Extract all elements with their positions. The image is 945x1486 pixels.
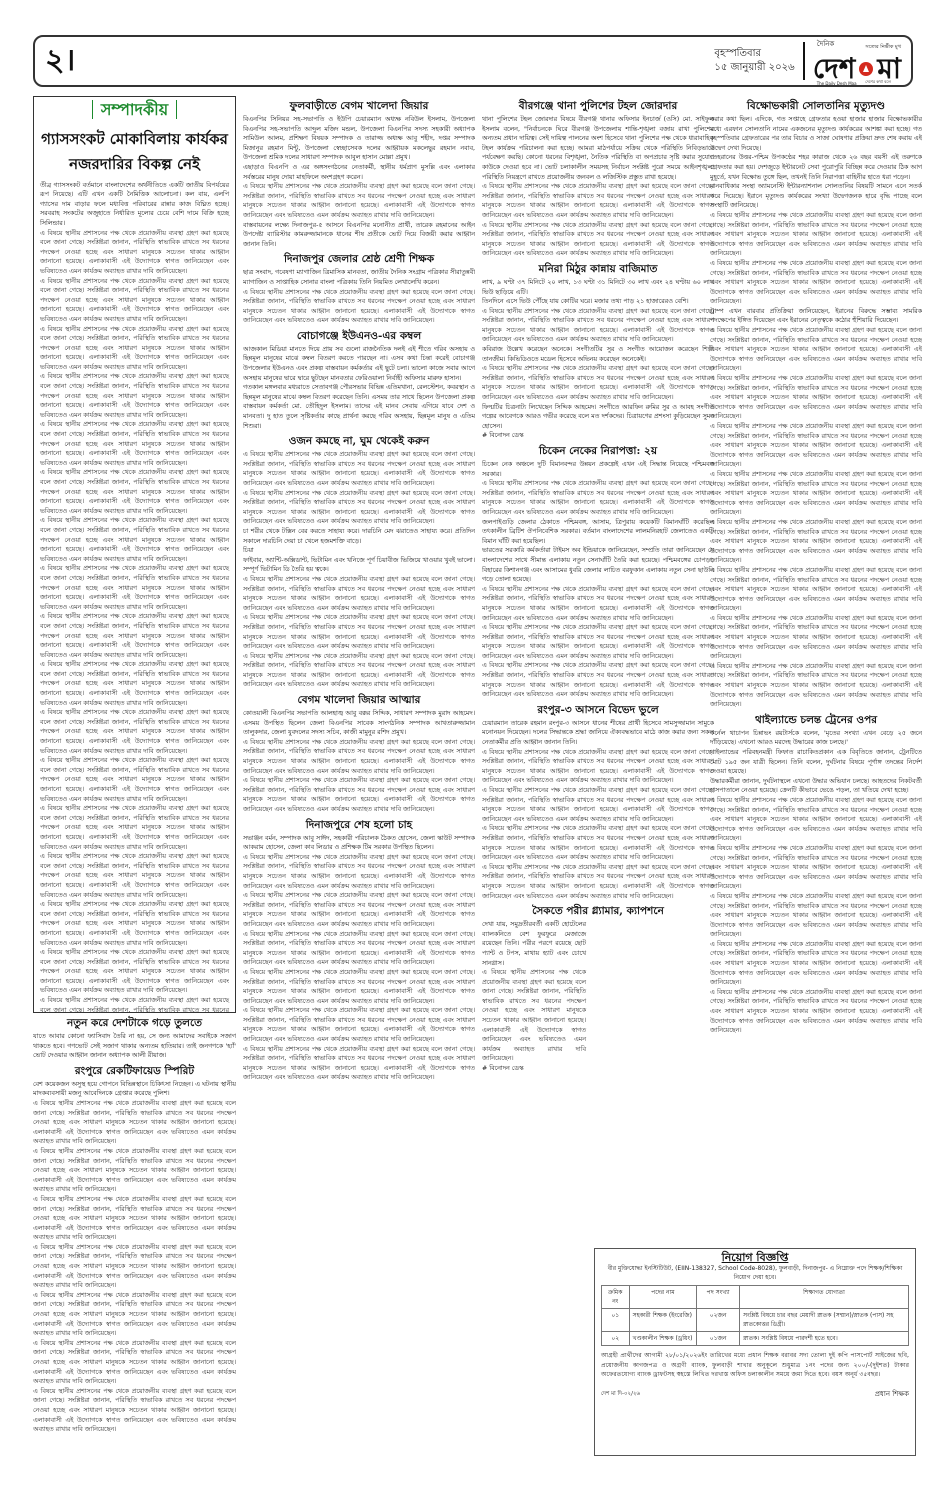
article-body: লাখ, ৯ ঘণ্টা ৩৭ মিনিটে ২০ লাখ, ১৩ ঘণ্টা … (482, 278, 714, 297)
article-body: তেহরানের উত্তর-পশ্চিম উপকণ্ঠের শহর কারাজ… (710, 153, 922, 182)
editorial-body: এ বিষয়ে স্থানীয় প্রশাসনের পক্ষ থেকে প্… (40, 468, 229, 516)
article-body: চা শরীর থেকে টক্সিন বের করতে সাহায্য করে… (243, 527, 475, 546)
article-body: এ বিষয়ে স্থানীয় প্রশাসনের পক্ষ থেকে প্… (482, 748, 714, 786)
headline-dinajpur-teacher[interactable]: দিনাজপুর জেলার শ্রেষ্ঠ শ্রেণী শিক্ষক (243, 251, 475, 267)
logo-emblem-icon (859, 62, 873, 76)
cell-serial: ০১ (602, 1309, 630, 1332)
article-body: এ বিষয়ে স্থানীয় প্রশাসনের পক্ষ থেকে প্… (33, 1339, 236, 1387)
article-body: এ বিষয়ে স্থানীয় প্রশাসনের পক্ষ থেকে প্… (243, 288, 475, 326)
article-body: এ বিষয়ে স্থানীয় প্রশাসনের পক্ষ থেকে প্… (33, 1195, 236, 1243)
article-body: বিএনপির সিনিয়র সহ-সভাপতি ও ইউপি চেয়ারম… (243, 115, 475, 163)
issue-date: বৃহস্পতিবার ১৫ জানুয়ারী ২০২৬ (714, 47, 794, 75)
page-number: ২। (45, 36, 75, 87)
logo-english: The Daily Desh Maa (817, 81, 857, 86)
article-body: কবিরাজ উল্লেখ করেছেন অনেকে। সংগীতটির সুর… (482, 345, 714, 364)
ad-body: আগ্রহী প্রার্থীদের আগামী ২৮/০১/২০২৬ইং তা… (601, 1351, 909, 1380)
article-body: এ বিষয়ে স্থানীয় প্রশাসনের পক্ষ থেকে প্… (482, 623, 714, 661)
article-body: ফিল্মটির চিত্রনাট্য লিখেছেন সিদ্দিক আহমে… (482, 403, 714, 432)
article-body: এ বিষয়ে স্থানীয় প্রশাসনের পক্ষ থেকে প্… (482, 585, 714, 623)
editorial-body: এ বিষয়ে স্থানীয় প্রশাসনের পক্ষ থেকে প্… (40, 325, 229, 373)
masthead: ২। বৃহস্পতিবার ১৫ জানুয়ারী ২০২৬ দৈনিক দ… (33, 35, 913, 87)
article-body: এ বিষয়ে স্থানীয় প্রশাসনের পক্ষ থেকে প্… (482, 364, 714, 402)
editorial-body: এ বিষয়ে স্থানীয় প্রশাসনের পক্ষ থেকে প্… (40, 420, 229, 468)
cell-count: ০২জন (697, 1309, 740, 1332)
article-body: এছাড়াও বিএনপি ও এর অঙ্গসংগঠনের নেতাকর্ম… (243, 163, 475, 182)
article-body: এ বিষয়ে স্থানীয় প্রশাসনের পক্ষ থেকে প্… (710, 518, 922, 566)
article-body: যাতে আবার কোনো ফ্যাসিবাদ তৈরি না হয়, সে… (33, 1032, 236, 1061)
logo-slogan: দেশের কথা বলে (865, 79, 891, 86)
article-body: বাস্তবায়নের লক্ষ্যে দিনাজপুর-৫ আসনে বিএ… (243, 221, 475, 250)
article-body: এ বিষয়ে স্থানীয় প্রশাসনের পক্ষ থেকে প্… (243, 182, 475, 220)
article-body: এ বিষয়ে স্থানীয় প্রশাসনের পক্ষ থেকে প্… (33, 1099, 236, 1147)
editorial-body: এ বিষয়ে স্থানীয় প্রশাসনের পক্ষ থেকে প্… (40, 804, 229, 852)
article-body: গতকাল মঙ্গলবার মধ্যরাতে সেতাবগঞ্জ পৌরসভা… (243, 383, 475, 431)
article-body: এ বিষয়ে স্থানীয় প্রশাসনের পক্ষ থেকে প্… (710, 662, 922, 710)
article-body: এ বিষয়ে স্থানীয় প্রশাসনের পক্ষ থেকে প্… (482, 221, 714, 259)
article-byline: # বিনোদন ডেস্ক (482, 1064, 586, 1074)
article-body: করার কথা ছিল। এদিকে, গত সপ্তাহে গ্রেফতার… (710, 115, 922, 153)
article-body: এ বিষয়ে স্থানীয় প্রশাসনের পক্ষ থেকে প্… (33, 1387, 236, 1435)
ad-signatory: প্রধান শিক্ষক (875, 1390, 909, 1399)
column-1: সম্পাদকীয় গ্যাসসংকট মোকাবিলায় কার্যকর … (33, 96, 236, 1486)
editorial-headline[interactable]: গ্যাসসংকট মোকাবিলায় কার্যকর নজরদারির বি… (40, 127, 229, 177)
issue-date-text: ১৫ জানুয়ারী ২০২৬ (714, 61, 794, 75)
article-body: এ বিষয়ে স্থানীয় প্রশাসনের পক্ষ থেকে প্… (243, 968, 475, 1006)
article-body: এ বিষয়ে স্থানীয় প্রশাসনের পক্ষ থেকে প্… (243, 930, 475, 968)
ad-footer: দেশ মা দি-০২/২৬ প্রধান শিক্ষক (601, 1390, 909, 1399)
article-body: চিকেন নেক অঞ্চলে দুটি বিমানবন্দর উন্নয়ন… (482, 460, 714, 479)
article-body: এ বিষয়ে স্থানীয় প্রশাসনের পক্ষ থেকে প্… (710, 940, 922, 988)
cell-post: খণ্ডকালীন শিক্ষক (ড্রয়িং) (629, 1332, 697, 1346)
ad-reference: দেশ মা দি-০২/২৬ (601, 1390, 640, 1399)
article-body: মানবাধিকার সংস্থা অ্যামনেস্টি ইন্টারন্যা… (710, 182, 922, 211)
article-body: এ বিষয়ে স্থানীয় প্রশাসনের পক্ষ থেকে প্… (482, 863, 714, 901)
editorial-body: এ বিষয়ে স্থানীয় প্রশাসনের পক্ষ থেকে প্… (40, 660, 229, 708)
article-body: এ বিষয়ে স্থানীয় প্রশাসনের পক্ষ থেকে প্… (710, 614, 922, 662)
article-body: সভাঞ্জন বর্মন, সম্পাদক আবু সাঈদ, সহকারী … (243, 834, 475, 853)
article-body: এ বিষয়ে স্থানীয় প্রশাসনের পক্ষ থেকে প্… (33, 1243, 236, 1291)
recruitment-ad: নিয়োগ বিজ্ঞপ্তি বীর মুক্তিযোদ্ধা ইনস্টি… (594, 1248, 916, 1456)
headline-notun-kore[interactable]: নতুন করে দেশটাকে গড়ে তুলতে (33, 1015, 236, 1031)
ad-intro: বীর মুক্তিযোদ্ধা ইনস্টিটিউট, (EIIN-13832… (601, 1264, 909, 1282)
editorial-box: সম্পাদকীয় গ্যাসসংকট মোকাবিলায় কার্যকর … (33, 96, 236, 1013)
article-body: ফাইবার, অ্যান্টি-অক্সিডান্ট, ভিটামিন এবং… (243, 556, 475, 575)
editorial-body: এ বিষয়ে স্থানীয় প্রশাসনের পক্ষ থেকে প্… (40, 372, 229, 420)
article-body: এ বিষয়ে স্থানীয় প্রশাসনের পক্ষ থেকে প্… (243, 738, 475, 776)
saikate-body-wrap: দেখা যায়, সমুদ্রতীরবর্তী একটি হোটেলের ব… (482, 920, 586, 1074)
editorial-lead: তীব্র গ্যাসসংকট বর্তমানে বাংলাদেশের অর্থ… (40, 181, 229, 229)
article-body: এ বিষয়ে স্থানীয় প্রশাসনের পক্ষ থেকে প্… (243, 1006, 475, 1044)
headline-rectified-spirit[interactable]: রংপুরে রেকটিফায়েড স্পিরিট (33, 1063, 236, 1079)
article-body: এ বিষয়ে স্থানীয় প্রশাসনের পক্ষ থেকে প্… (710, 374, 922, 422)
article-body: এ বিষয়ে স্থানীয় প্রশাসনের পক্ষ থেকে প্… (710, 988, 922, 1036)
editorial-body: এ বিষয়ে স্থানীয় প্রশাসনের পক্ষ থেকে প্… (40, 277, 229, 325)
article-body: চেয়ারম্যান তারেক রহমান রংপুর-৩ আসনে ধান… (482, 719, 714, 748)
headline-dinajpur-tea[interactable]: দিনাজপুরে শেষ হলো চাহ (243, 817, 475, 833)
editorial-body: এ বিষয়ে স্থানীয় প্রশাসনের পক্ষ থেকে প্… (40, 708, 229, 756)
editorial-body: এ বিষয়ে স্থানীয় প্রশাসনের পক্ষ থেকে প্… (40, 948, 229, 996)
logo-word-desh: দেশ (813, 54, 856, 84)
article-body: এ বিষয়ে স্থানীয় প্রশাসনের পক্ষ থেকে প্… (710, 326, 922, 374)
article-body: এ বিষয়ে স্থানীয় প্রশাসনের পক্ষ থেকে প্… (243, 1045, 475, 1083)
article-body: থানা পুলিশের টহল জোরদার বিষয়ে বীরগঞ্জ থ… (482, 115, 714, 182)
cell-qualification: স্নাতক। সংশ্লিষ্ট বিষয়ে পারদর্শী হতে হব… (740, 1332, 909, 1346)
article-body: এ বিষয়ে স্থানীয় প্রশাসনের পক্ষ থেকে প্… (33, 1147, 236, 1195)
editorial-label: সম্পাদকীয় (40, 105, 229, 119)
headline-chicken-neck[interactable]: চিকেন নেকের নিরাপত্তা: ২য় (482, 443, 714, 459)
issue-day: বৃহস্পতিবার (714, 47, 794, 61)
headline-saikate[interactable]: সৈকতে পরীর গ্ল্যামার, ক্যাপশনে (482, 903, 714, 919)
article-subhead: চিয়া (243, 546, 475, 556)
article-body: এ বিষয়ে স্থানীয় প্রশাসনের পক্ষ থেকে প্… (710, 422, 922, 470)
article-body: এ বিষয়ে স্থানীয় প্রশাসনের পক্ষ থেকে প্… (243, 853, 475, 891)
article-body: এ বিষয়ে স্থানীয় প্রশাসনের পক্ষ থেকে প্… (482, 182, 714, 220)
article-body: এ বিষয়ে স্থানীয় প্রশাসনের পক্ষ থেকে প্… (482, 479, 714, 517)
article-body: এ বিষয়ে স্থানীয় প্রশাসনের পক্ষ থেকে প্… (243, 776, 475, 814)
article-body: এ বিষয়ে স্থানীয় প্রশাসনের পক্ষ থেকে প্… (243, 613, 475, 651)
article-body: এ বিষয়ে স্থানীয় প্রশাসনের পক্ষ থেকে প্… (243, 489, 475, 527)
article-body: বেশ কয়েকজন অসুস্থ হয়ে গোপনে বিভিন্নস্থ… (33, 1080, 236, 1099)
editorial-body: এ বিষয়ে স্থানীয় প্রশাসনের পক্ষ থেকে প্… (40, 516, 229, 564)
headline-birganj-police[interactable]: বীরগঞ্জে থানা পুলিশের টহল জোরদার (482, 98, 714, 114)
headline-weight[interactable]: ওজন কমছে না, ঘুম থেকেই করুন (243, 433, 475, 449)
article-body: এ বিষয়ে স্থানীয় প্রশাসনের পক্ষ থেকে প্… (710, 892, 922, 940)
article-body: এ বিষয়ে স্থানীয় প্রশাসনের পক্ষ থেকে প্… (243, 575, 475, 613)
article-body: এ বিষয়ে স্থানীয় প্রশাসনের পক্ষ থেকে প্… (243, 652, 475, 690)
logo-prefix: দৈনিক (817, 38, 835, 50)
table-row: ০১ সহকারী শিক্ষক (ইংরেজি) ০২জন সংশ্লিষ্ট… (602, 1309, 909, 1332)
article-body: কোতয়ালী বিএনপির সভাপতি আলহাজ্ব আবু বক্ক… (243, 709, 475, 738)
article-body: এ বিষয়ে স্থানীয় প্রশাসনের পক্ষ থেকে প্… (482, 824, 714, 862)
ad-table-header: ক্রমিক নং পদের নাম পদ সংখ্যা শিক্ষাগত যো… (602, 1286, 909, 1309)
logo-tagline: সত্যের নির্ভীক মুখ (865, 44, 901, 52)
headline-monira[interactable]: মনিরা মিঠুর কান্নায় বাজিমাত (482, 261, 714, 277)
article-body: উদ্ধারকর্মীরা জানান, দুর্ঘটনাস্থলে এখনো … (710, 777, 922, 796)
article-body: জলপাইগুড়ি জেলার ঠেকাতে পশ্চিমবঙ্গ, আসাম… (482, 518, 714, 547)
headline-sultani[interactable]: বিক্ষোভকারী সোলতানির মৃত্যুদণ্ড (710, 98, 922, 114)
article-body: এ বিষয়ে স্থানীয় প্রশাসনের পক্ষ থেকে প্… (710, 211, 922, 259)
article-body: এ বিষয়ে স্থানীয় প্রশাসনের পক্ষ থেকে প্… (33, 1291, 236, 1339)
article-body: এ বিষয়ে স্থানীয় প্রশাসনের পক্ষ থেকে প্… (482, 968, 586, 1064)
article-body: এ বিষয়ে স্থানীয় প্রশাসনের পক্ষ থেকে প্… (482, 661, 714, 699)
newspaper-logo[interactable]: দৈনিক দেশ মা সত্যের নির্ভীক মুখ The Dail… (813, 38, 901, 84)
col-post: পদের নাম (629, 1286, 697, 1309)
editorial-body: এ বিষয়ে স্থানীয় প্রশাসনের পক্ষ থেকে প্… (40, 900, 229, 948)
column-2: ফুলবাড়ীতে বেগম খালেদা জিয়ার বিএনপির সি… (243, 96, 475, 1486)
cell-qualification: সংশ্লিষ্ট বিষয়ে চার বছর মেয়াদী স্নাতক … (740, 1309, 909, 1332)
cell-serial: ০২ (602, 1332, 630, 1346)
masthead-right: বৃহস্পতিবার ১৫ জানুয়ারী ২০২৬ দৈনিক দেশ … (714, 38, 901, 84)
article-body: এ বিষয়ে স্থানীয় প্রশাসনের পক্ষ থেকে প্… (482, 307, 714, 345)
editorial-body: এ বিষয়ে স্থানীয় প্রশাসনের পক্ষ থেকে প্… (40, 612, 229, 660)
article-body: এ বিষয়ে স্থানীয় প্রশাসনের পক্ষ থেকে প্… (710, 259, 922, 307)
article-body: ট্রাম্প এখন বারবার প্রতিক্রিয়া জানিয়েছ… (710, 307, 922, 326)
editorial-body: এ বিষয়ে স্থানীয় প্রশাসনের পক্ষ থেকে প্… (40, 564, 229, 612)
headline-rangpur3[interactable]: রংপুর-৩ আসনে বিভেদ ভুলে (482, 702, 714, 718)
col-count: পদ সংখ্যা (697, 1286, 740, 1309)
col-serial: ক্রমিক নং (602, 1286, 630, 1309)
article-body: দেখা যায়, সমুদ্রতীরবর্তী একটি হোটেলের ব… (482, 920, 586, 968)
article-body: এ বিষয়ে স্থানীয় প্রশাসনের পক্ষ থেকে প্… (243, 450, 475, 488)
article-body: তিনদিনে এসে ভিউ পৌঁছে যায় কোটির ঘরে। মজ… (482, 297, 714, 307)
editorial-body: এ বিষয়ে স্থানীয় প্রশাসনের পক্ষ থেকে প্… (40, 229, 229, 277)
headline-fulbari[interactable]: ফুলবাড়ীতে বেগম খালেদা জিয়ার (243, 98, 475, 114)
article-body: ছাত্র সংবাদ, গবেষণা ম্যাগাজিন ত্রিমাসিক … (243, 268, 475, 287)
headline-thailand-train[interactable]: থাইল্যান্ডে চলন্ত ট্রেনের ওপর (710, 712, 922, 728)
editorial-body: এ বিষয়ে স্থানীয় প্রশাসনের পক্ষ থেকে প্… (40, 996, 229, 1013)
headline-khaleda-atma[interactable]: বেগম খালেদা জিয়ার আত্মার (243, 692, 475, 708)
article-byline: # বিনোদন ডেস্ক (482, 431, 714, 441)
article-body: কর্নেল থাচাপন চিন্নাভং রয়টার্সকে বলেন, … (710, 729, 922, 748)
article-body: এ বিষয়ে স্থানীয় প্রশাসনের পক্ষ থেকে প্… (243, 891, 475, 929)
ad-title: নিয়োগ বিজ্ঞপ্তি (601, 1253, 909, 1262)
cell-post: সহকারী শিক্ষক (ইংরেজি) (629, 1309, 697, 1332)
article-body: এ বিষয়ে স্থানীয় প্রশাসনের পক্ষ থেকে প্… (710, 470, 922, 518)
article-body: এ বিষয়ে স্থানীয় প্রশাসনের পক্ষ থেকে প্… (710, 566, 922, 614)
cell-count: ০১জন (697, 1332, 740, 1346)
headline-bochaganj[interactable]: বোচাগঞ্জে ইউএনও-এর কম্বল (243, 328, 475, 344)
editorial-body: এ বিষয়ে স্থানীয় প্রশাসনের পক্ষ থেকে প্… (40, 756, 229, 804)
ad-table: ক্রমিক নং পদের নাম পদ সংখ্যা শিক্ষাগত যো… (601, 1285, 909, 1346)
article-body: ভারতের সরকারি কর্মকর্তারা টাইমস অব ইন্ডি… (482, 546, 714, 584)
col-qualification: শিক্ষাগত যোগ্যতা (740, 1286, 909, 1309)
editorial-body: এ বিষয়ে স্থানীয় প্রশাসনের পক্ষ থেকে প্… (40, 852, 229, 900)
article-body: এ বিষয়ে স্থানীয় প্রশাসনের পক্ষ থেকে প্… (710, 796, 922, 844)
article-body: এ বিষয়ে স্থানীয় প্রশাসনের পক্ষ থেকে প্… (482, 786, 714, 824)
article-body: আজকাল মিডিয়া মানতে দিয়ে প্রায় সব গুলো… (243, 345, 475, 383)
article-body: এ বিষয়ে স্থানীয় প্রশাসনের পক্ষ থেকে প্… (710, 844, 922, 892)
masthead-divider (803, 42, 805, 80)
article-body: থাইল্যান্ডের পরিবহনমন্ত্রী ফিফাত রাচাকিত… (710, 748, 922, 777)
table-row: ০২ খণ্ডকালীন শিক্ষক (ড্রয়িং) ০১জন স্নাত… (602, 1332, 909, 1346)
